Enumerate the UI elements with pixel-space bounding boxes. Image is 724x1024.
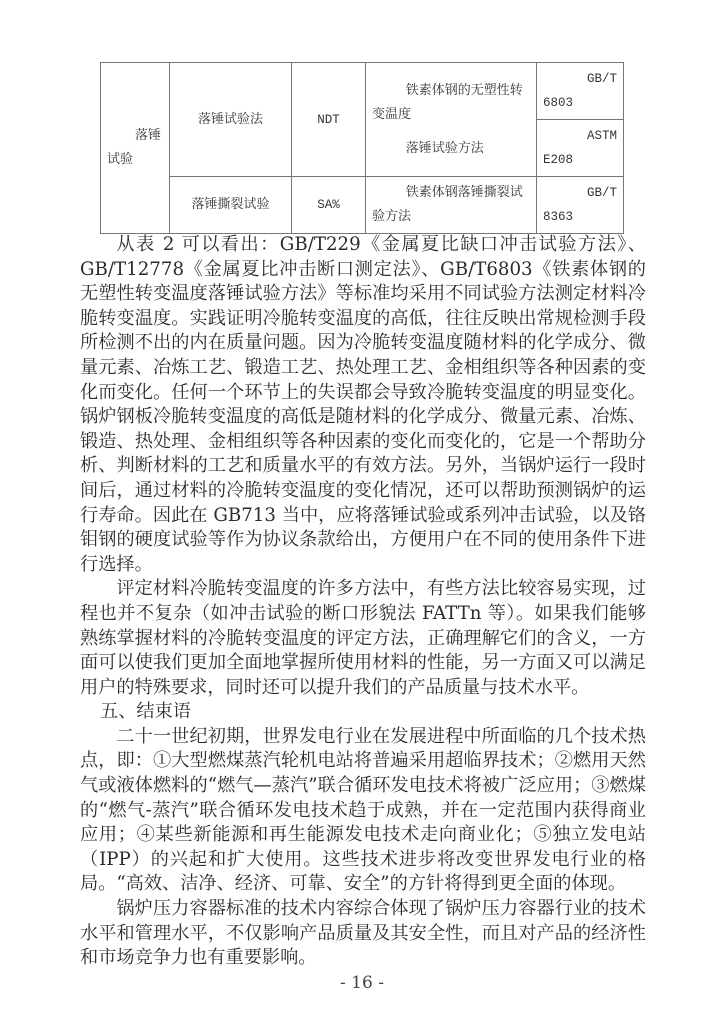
code-line2: 8363: [543, 210, 573, 224]
category-line2: 试验: [107, 152, 133, 167]
drop-weight-test-table: 落锤 试验 落锤试验法 NDT 铁素体钢的无塑性转 变温度 落锤试验方法 GB/…: [100, 62, 624, 234]
method-cell: 落锤试验法: [170, 63, 292, 177]
paragraph: 从表 2 可以看出：GB/T229《金属夏比缺口冲击试验方法》、GB/T1277…: [80, 233, 646, 577]
page-number: - 16 -: [0, 973, 724, 993]
standard-name-line1: 铁素体钢的无塑性转: [372, 79, 530, 103]
standard-code-cell: GB/T 8363: [537, 177, 624, 234]
standard-name-line3: 落锤试验方法: [372, 137, 530, 161]
category-cell: 落锤 试验: [101, 63, 170, 234]
method-cell: 落锤撕裂试验: [170, 177, 292, 234]
paragraph: 二十一世纪初期，世界发电行业在发展进程中所面临的几个技术热点，即：①大型燃煤蒸汽…: [80, 725, 646, 897]
code-line1: GB/T: [543, 67, 617, 91]
standard-name-cell: 铁素体钢的无塑性转 变温度 落锤试验方法: [366, 63, 537, 177]
standard-name-line1: 铁素体钢落锤撕裂试: [372, 181, 530, 205]
indicator-cell: SA%: [292, 177, 366, 234]
body-text: 从表 2 可以看出：GB/T229《金属夏比缺口冲击试验方法》、GB/T1277…: [80, 233, 646, 971]
table-row: 落锤 试验 落锤试验法 NDT 铁素体钢的无塑性转 变温度 落锤试验方法 GB/…: [101, 63, 624, 120]
code-line2: E208: [543, 153, 573, 167]
code-line1: GB/T: [543, 181, 617, 205]
standard-name-cell: 铁素体钢落锤撕裂试 验方法: [366, 177, 537, 234]
standard-name-line2: 验方法: [372, 205, 530, 229]
code-line1: ASTM: [543, 124, 617, 148]
paragraph: 锅炉压力容器标准的技术内容综合体现了锅炉压力容器行业的技术水平和管理水平，不仅影…: [80, 897, 646, 971]
standard-code-cell: ASTM E208: [537, 120, 624, 177]
table-row: 落锤撕裂试验 SA% 铁素体钢落锤撕裂试 验方法 GB/T 8363: [101, 177, 624, 234]
standard-code-cell: GB/T 6803: [537, 63, 624, 120]
standard-name-line2: 变温度: [372, 103, 530, 127]
indicator-cell: NDT: [292, 63, 366, 177]
document-page: 落锤 试验 落锤试验法 NDT 铁素体钢的无塑性转 变温度 落锤试验方法 GB/…: [0, 0, 724, 1024]
category-line1: 落锤: [107, 124, 163, 148]
code-line2: 6803: [543, 96, 573, 110]
section-heading: 五、结束语: [80, 700, 646, 725]
paragraph: 评定材料冷脆转变温度的许多方法中，有些方法比较容易实现，过程也并不复杂（如冲击试…: [80, 577, 646, 700]
